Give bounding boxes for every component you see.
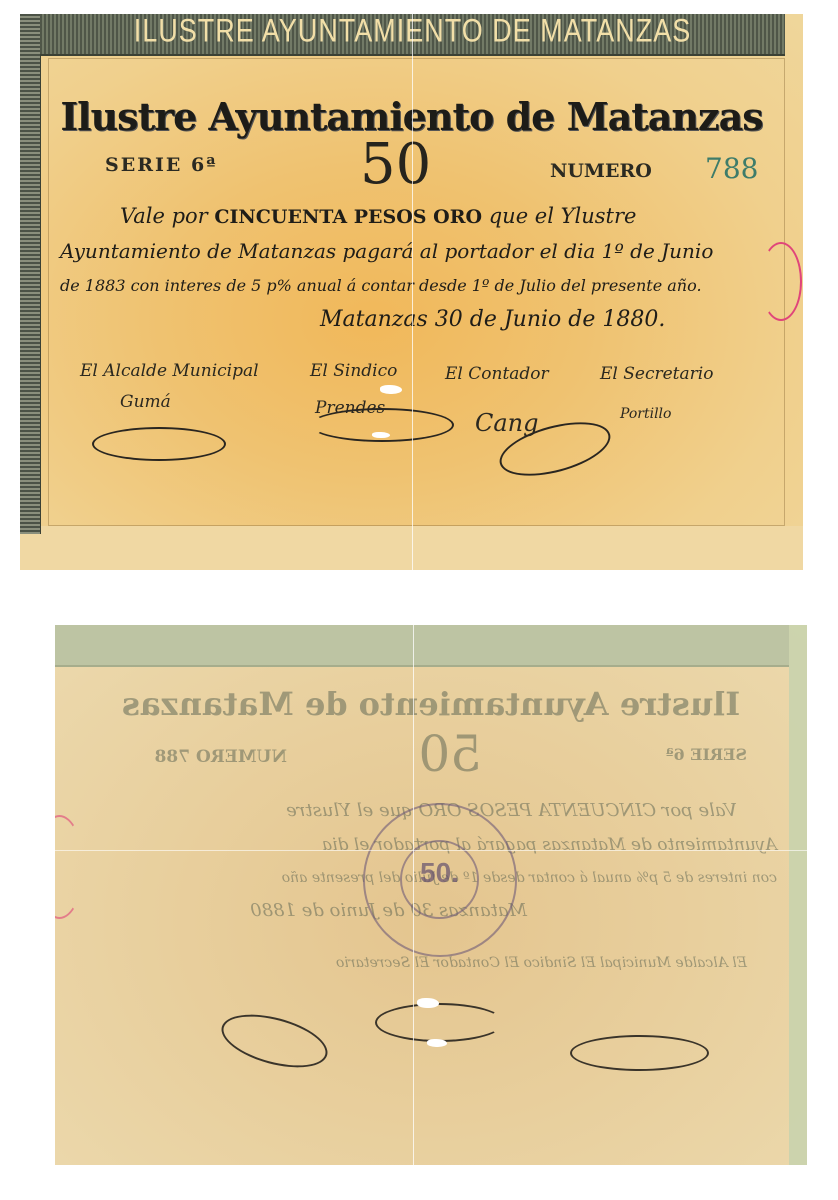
banknote-front: ILUSTRE AYUNTAMIENTO DE MATANZAS Ilustre… (20, 14, 803, 570)
text-prefix: Vale por (120, 204, 208, 228)
ghost-title: Ilustre Ayuntamiento de Matanzas (95, 685, 767, 723)
date-line: Matanzas 30 de Junio de 1880. (320, 307, 665, 332)
signature-flourish (570, 1035, 709, 1071)
fold-line (413, 625, 414, 1165)
signatory-title: El Secretario (600, 364, 713, 384)
signatory-title: El Alcalde Municipal (80, 361, 259, 381)
signature-flourish (375, 1003, 504, 1042)
ghost-denomination: 50 (418, 725, 482, 783)
ghost-numero: NUMERO 788 (155, 747, 287, 767)
serie-label: SERIE 6ª (105, 154, 217, 176)
ghost-line: con interes de 5 p% anual á contar desde… (282, 870, 777, 886)
text-line-1: Vale por CINCUENTA PESOS ORO que el Ylus… (120, 204, 636, 228)
denomination: 50 (360, 132, 431, 197)
signature-secretario: Portillo (620, 406, 671, 422)
text-line-2: Ayuntamiento de Matanzas pagará al porta… (60, 239, 713, 263)
fold-line (412, 14, 413, 570)
numero-label: NUMERO (550, 160, 652, 182)
paper-hole (427, 1039, 447, 1047)
ghost-serie: SERIE 6ª (666, 745, 747, 764)
banknote-back: Ilustre Ayuntamiento de Matanzas SERIE 6… (55, 625, 807, 1165)
text-suffix: que el Ylustre (489, 204, 637, 228)
left-border-band (20, 14, 41, 534)
ghost-line: Vale por CINCUENTA PESOS ORO que el Ylus… (286, 800, 737, 821)
paper-hole (380, 385, 402, 394)
signatory-title: El Contador (445, 364, 549, 384)
red-stamp (760, 242, 802, 321)
ghost-signatories: El Alcalde Municipal El Sindico El Conta… (336, 955, 747, 971)
stamp-value: 50. (420, 857, 459, 889)
signatory-title: El Sindico (310, 361, 397, 381)
signature-flourish (92, 427, 226, 461)
signature-alcalde: Gumá (120, 392, 171, 412)
paper-hole (372, 432, 390, 438)
fold-line (55, 850, 807, 851)
amount-text: CINCUENTA PESOS ORO (214, 206, 482, 228)
paper-hole (417, 998, 439, 1008)
text-line-3: de 1883 con interes de 5 p% anual á cont… (60, 276, 702, 295)
serial-number: 788 (705, 152, 758, 185)
